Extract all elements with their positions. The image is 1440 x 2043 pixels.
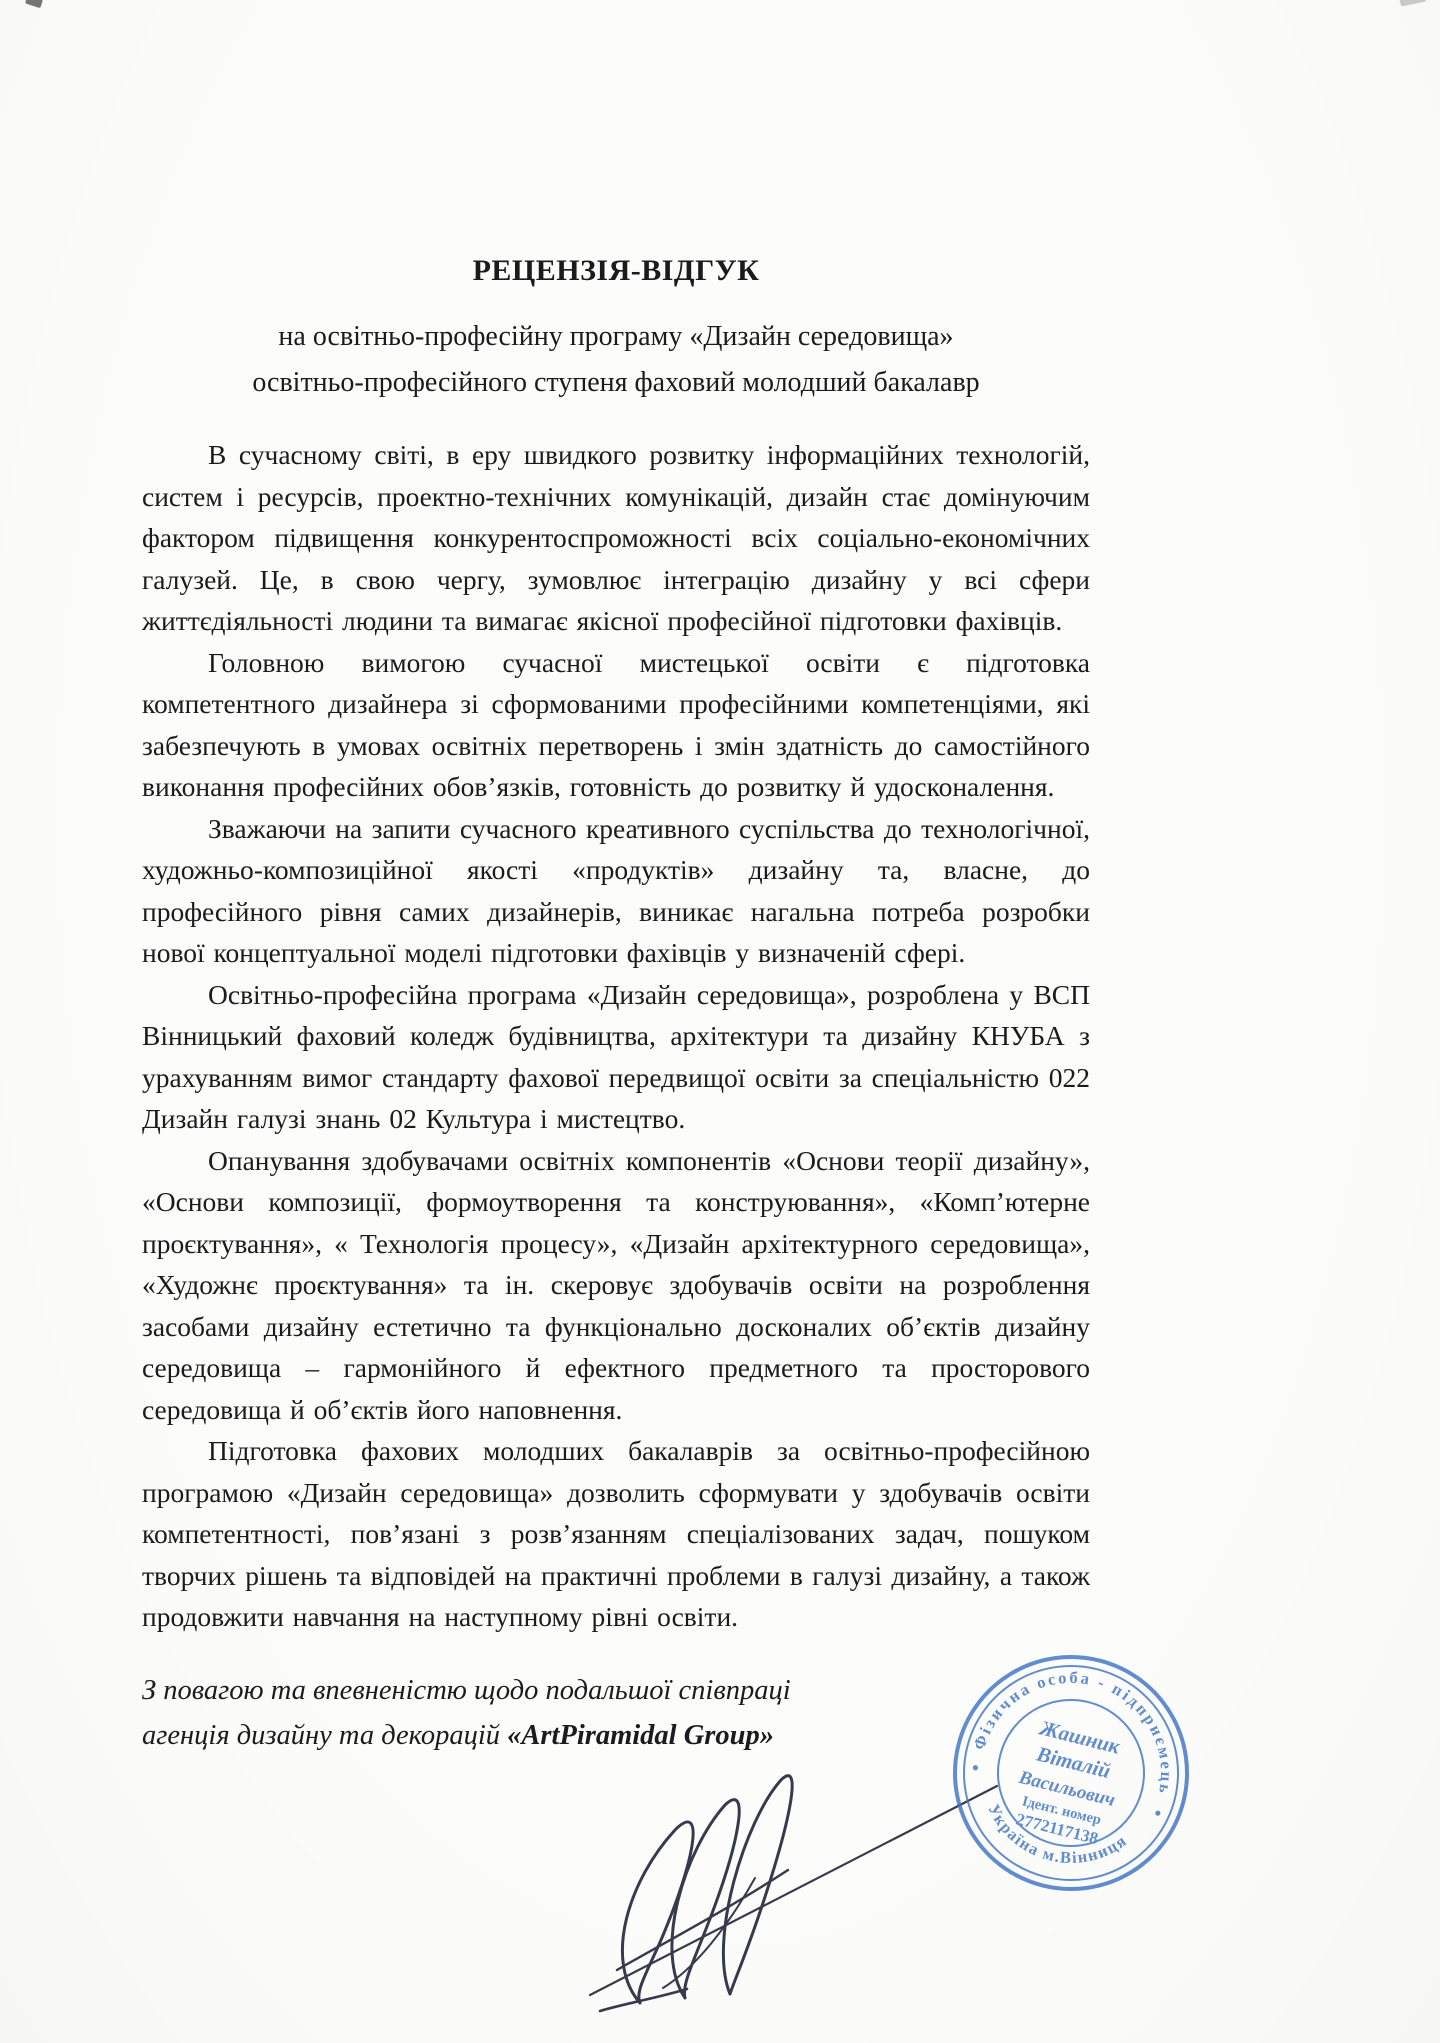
subtitle-line-2: освітньо-професійного ступеня фаховий мо… [142,360,1090,406]
round-stamp: Фізична особа - підприємець Україна м.Ві… [941,1643,1201,1903]
document-title: РЕЦЕНЗІЯ-ВІДГУК [142,254,1090,288]
agency-name: «ArtPiramidal Group» [507,1720,774,1751]
paragraph: Освітньо-професійна програма «Дизайн сер… [142,974,1090,1140]
paragraph: Підготовка фахових молодших бакалаврів з… [142,1430,1090,1638]
scan-artifact-top-right [1399,0,1426,7]
scanned-document-page: РЕЦЕНЗІЯ-ВІДГУК на освітньо-професійну п… [0,0,1440,2043]
paragraph: В сучасному світі, в еру швидкого розвит… [142,434,1090,642]
paragraph: Зважаючи на запити сучасного креативного… [142,808,1090,974]
stamp-graphic: Фізична особа - підприємець Україна м.Ві… [941,1643,1201,1903]
document-subtitle: на освітньо-професійну програму «Дизайн … [142,314,1090,406]
stamp-right-separator-dot [1155,1810,1161,1816]
document-body: В сучасному світі, в еру швидкого розвит… [142,434,1090,1638]
subtitle-line-1: на освітньо-професійну програму «Дизайн … [142,314,1090,360]
paragraph: Опанування здобувачами освітніх компонен… [142,1140,1090,1431]
document-content: РЕЦЕНЗІЯ-ВІДГУК на освітньо-професійну п… [142,254,1090,1758]
stamp-left-separator-dot [972,1765,978,1771]
scan-artifact-top-left [25,0,43,8]
closing-line-2-prefix: агенція дизайну та декорацій [142,1720,507,1751]
paragraph: Головною вимогою сучасної мистецької осв… [142,642,1090,808]
